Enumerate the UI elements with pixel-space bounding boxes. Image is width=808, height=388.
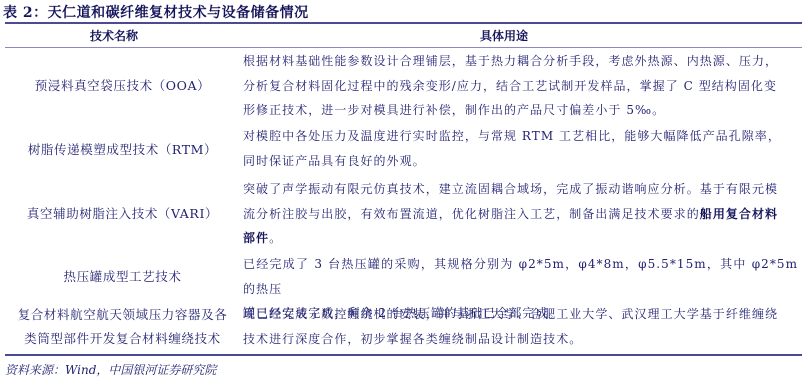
- source-note: 资料来源：Wind，中国银河证券研究院: [5, 361, 216, 378]
- name-line: 复合材料航空航天领域压力容器及各: [18, 303, 228, 327]
- table-row: 预浸料真空袋压技术（OOA） 根据材料基础性能参数设计合理铺层，基于热力耦合分析…: [5, 49, 802, 123]
- tech-desc-ooa: 根据材料基础性能参数设计合理铺层，基于热力耦合分析手段，考虑外热源、内热源、压力…: [243, 49, 798, 123]
- desc-line: 技术进行深度合作，初步掌握各类缠绕制品设计制造技术。: [243, 327, 798, 352]
- desc-line: 部件。: [243, 226, 798, 251]
- tech-name-rtm: 树脂传递模塑成型技术（RTM）: [5, 124, 240, 176]
- desc-line: 已经完成了 3 台热压罐的采购，其规格分别为 φ2*5m，φ4*8m，φ5.5*…: [243, 252, 798, 301]
- table-row: 真空辅助树脂注入技术（VARI） 突破了声学振动有限元仿真技术，建立流固耦合域场…: [5, 177, 802, 251]
- header-usage: 具体用途: [480, 27, 528, 44]
- tech-name-vari: 真空辅助树脂注入技术（VARI）: [5, 177, 240, 251]
- desc-line: 对模腔中各处压力及温度进行实时监控，与常规 RTM 工艺相比，能够大幅降低产品孔…: [243, 124, 798, 149]
- desc-line: 现已经完成了数控缠绕机的安装，并与浙江大学、合肥工业大学、武汉理工大学基于纤维缠…: [243, 302, 798, 327]
- desc-line: 根据材料基础性能参数设计合理铺层，基于热力耦合分析手段，考虑外热源、内热源、压力…: [243, 49, 798, 74]
- table-bottom-rule: [5, 354, 802, 356]
- bold-emphasis: 部件: [243, 231, 269, 245]
- table-row: 树脂传递模塑成型技术（RTM） 对模腔中各处压力及温度进行实时监控，与常规 RT…: [5, 124, 802, 176]
- header-rule: [5, 47, 802, 48]
- desc-line: 流分析注胶与出胶，有效布置流道，优化树脂注入工艺，制备出满足技术要求的船用复合材…: [243, 202, 798, 227]
- desc-line: 同时保证产品具有良好的外观。: [243, 149, 798, 174]
- desc-line: 分析复合材料固化过程中的残余变形/应力，结合工艺试制开发样品，掌握了 C 型结构…: [243, 74, 798, 99]
- table-top-rule: [5, 22, 802, 24]
- name-line: 类筒型部件开发复合材料缠绕技术: [24, 327, 221, 351]
- tech-desc-winding: 现已经完成了数控缠绕机的安装，并与浙江大学、合肥工业大学、武汉理工大学基于纤维缠…: [243, 302, 798, 351]
- header-tech-name: 技术名称: [90, 27, 138, 44]
- tech-name-ooa: 预浸料真空袋压技术（OOA）: [5, 49, 240, 123]
- tech-desc-vari: 突破了声学振动有限元仿真技术，建立流固耦合域场，完成了振动谐响应分析。基于有限元…: [243, 177, 798, 251]
- tech-desc-rtm: 对模腔中各处压力及温度进行实时监控，与常规 RTM 工艺相比，能够大幅降低产品孔…: [243, 124, 798, 173]
- desc-line: 突破了声学振动有限元仿真技术，建立流固耦合域场，完成了振动谐响应分析。基于有限元…: [243, 177, 798, 202]
- desc-line: 形修正技术，进一步对模具进行补偿，制作出的产品尺寸偏差小于 5‰。: [243, 98, 798, 123]
- tech-name-winding: 复合材料航空航天领域压力容器及各 类筒型部件开发复合材料缠绕技术: [5, 302, 240, 352]
- table-title: 表 2：天仁道和碳纤维复材技术与设备储备情况: [3, 2, 309, 22]
- table-row: 复合材料航空航天领域压力容器及各 类筒型部件开发复合材料缠绕技术 现已经完成了数…: [5, 302, 802, 352]
- table-row: 热压罐成型工艺技术 已经完成了 3 台热压罐的采购，其规格分别为 φ2*5m，φ…: [5, 252, 802, 302]
- tech-name-autoclave: 热压罐成型工艺技术: [5, 252, 240, 302]
- bold-emphasis: 船用复合材料: [700, 207, 778, 221]
